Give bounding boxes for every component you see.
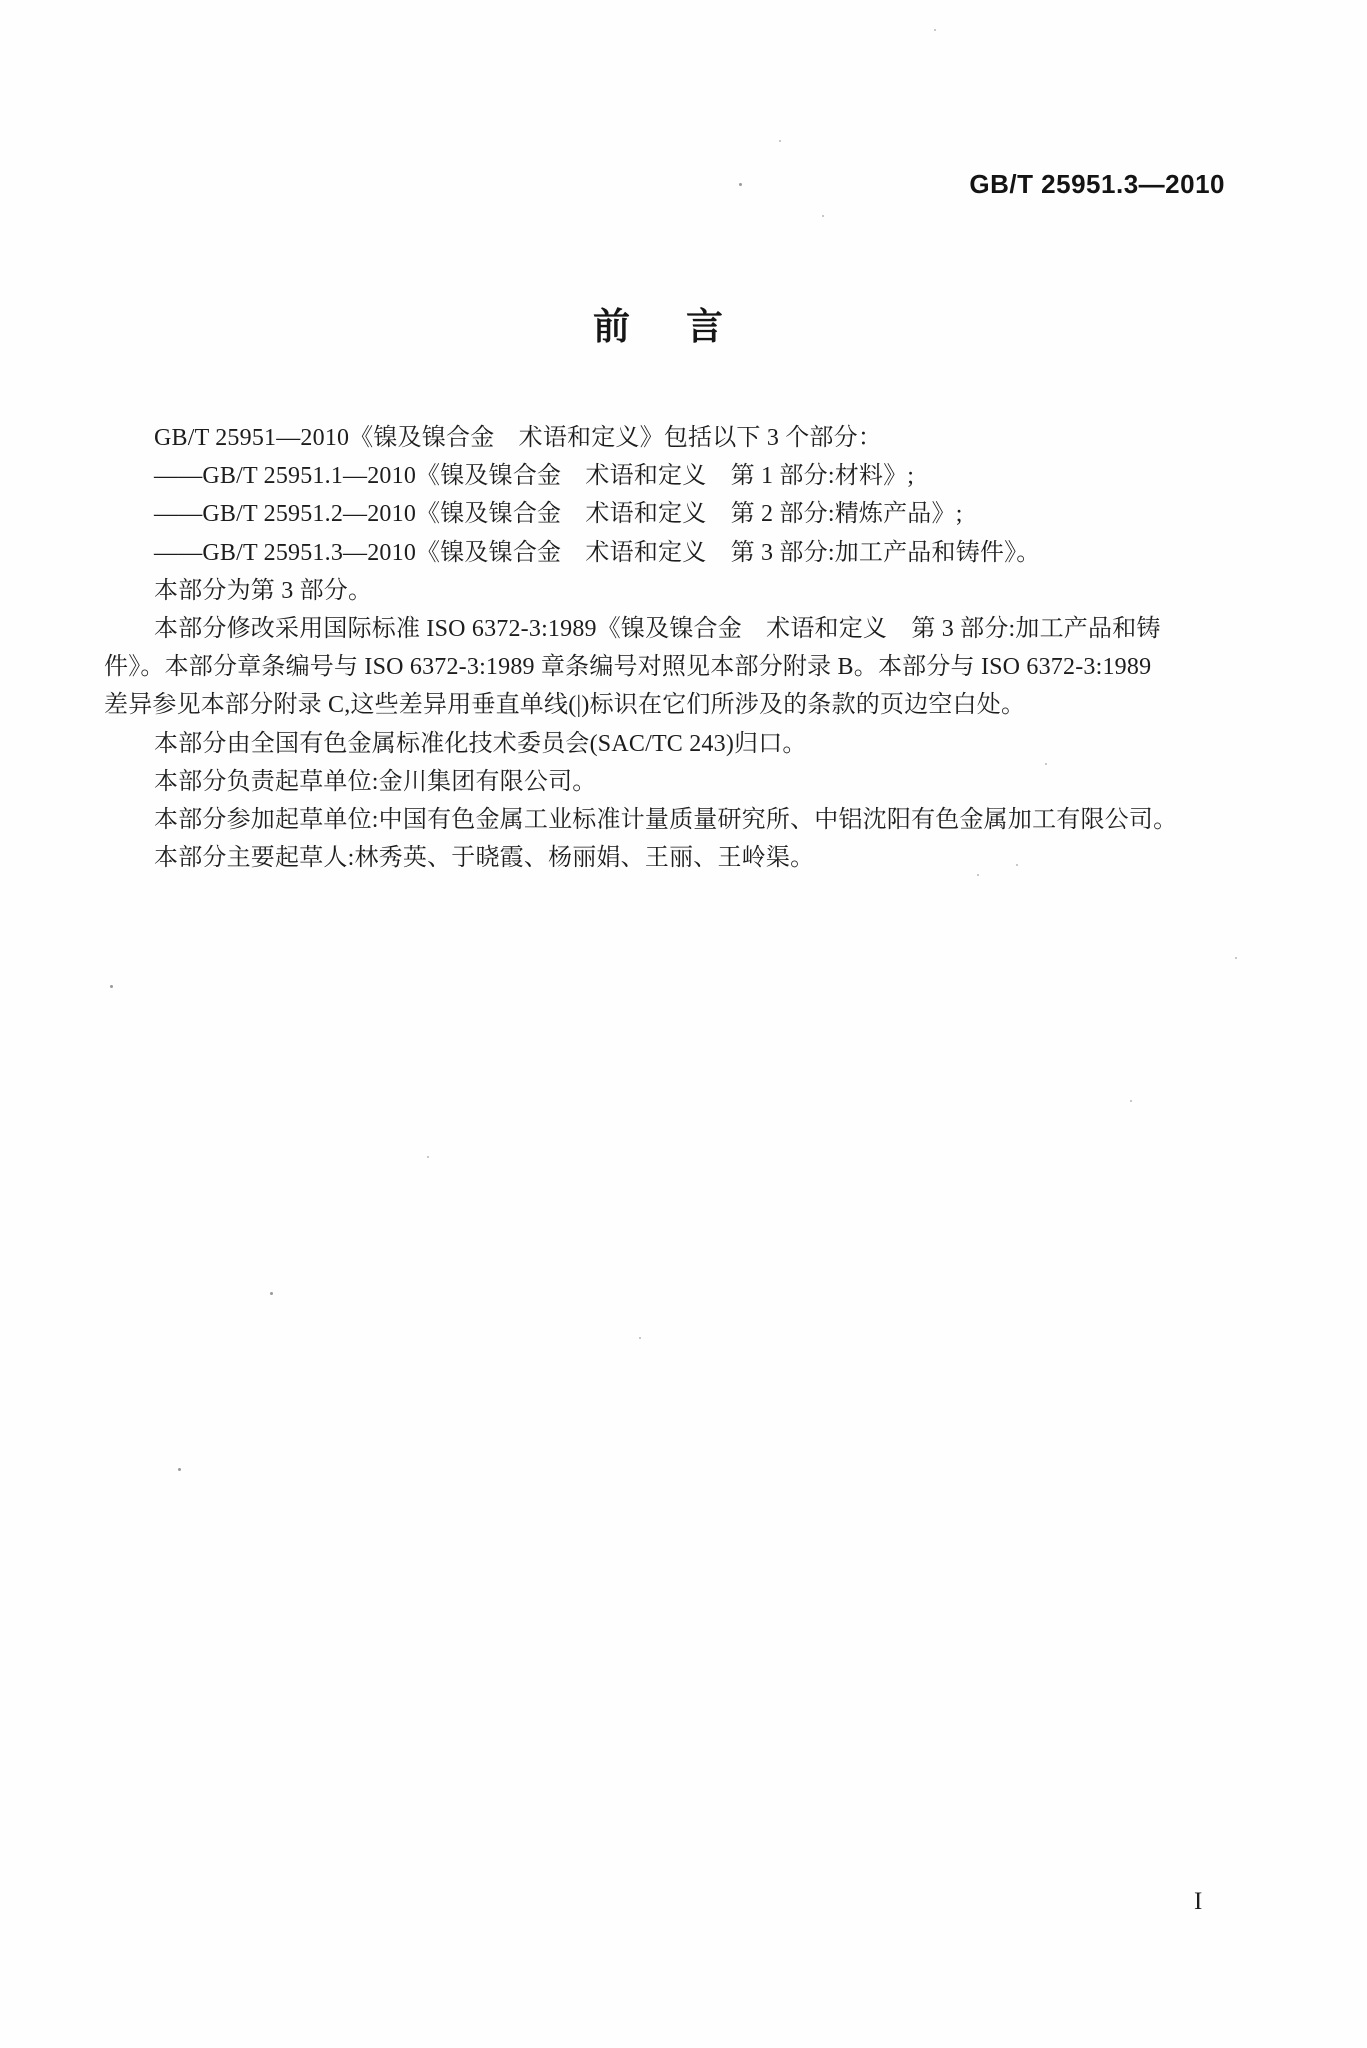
scan-speck <box>779 140 781 142</box>
foreword-line: 差异参见本部分附录 C,这些差异用垂直单线(|)标识在它们所涉及的条款的页边空白… <box>104 686 1252 724</box>
scan-speck <box>977 874 979 876</box>
foreword-line: 本部分负责起草单位:金川集团有限公司。 <box>104 763 1252 801</box>
foreword-body: GB/T 25951—2010《镍及镍合金 术语和定义》包括以下 3 个部分： … <box>104 419 1252 877</box>
foreword-line: 本部分由全国有色金属标准化技术委员会(SAC/TC 243)归口。 <box>104 725 1252 763</box>
scan-speck <box>639 1337 641 1339</box>
scan-speck <box>934 29 936 31</box>
foreword-title-char-1: 前 <box>593 296 630 350</box>
foreword-line: ——GB/T 25951.1—2010《镍及镍合金 术语和定义 第 1 部分:材… <box>104 457 1252 495</box>
foreword-line: ——GB/T 25951.3—2010《镍及镍合金 术语和定义 第 3 部分:加… <box>104 534 1252 572</box>
foreword-line: 本部分修改采用国际标准 ISO 6372-3:1989《镍及镍合金 术语和定义 … <box>104 610 1252 648</box>
foreword-line: GB/T 25951—2010《镍及镍合金 术语和定义》包括以下 3 个部分： <box>104 419 1252 457</box>
document-page: GB/T 25951.3—2010 前 言 GB/T 25951—2010《镍及… <box>0 0 1367 2048</box>
standard-code-header: GB/T 25951.3—2010 <box>969 169 1225 200</box>
scan-speck <box>1016 864 1018 866</box>
scan-speck <box>739 183 742 186</box>
scan-speck <box>178 1468 181 1471</box>
scan-speck <box>1235 957 1237 959</box>
foreword-line: 件》。本部分章条编号与 ISO 6372-3:1989 章条编号对照见本部分附录… <box>104 648 1252 686</box>
foreword-title-char-2: 言 <box>686 296 723 350</box>
foreword-line: 本部分为第 3 部分。 <box>104 572 1252 610</box>
scan-speck <box>1130 1100 1132 1102</box>
foreword-line: 本部分主要起草人:林秀英、于晓霞、杨丽娟、王丽、王岭渠。 <box>104 839 1252 877</box>
scan-speck <box>270 1292 273 1295</box>
foreword-line: 本部分参加起草单位:中国有色金属工业标准计量质量研究所、中铝沈阳有色金属加工有限… <box>104 801 1252 839</box>
foreword-title: 前 言 <box>0 296 1316 350</box>
foreword-line: ——GB/T 25951.2—2010《镍及镍合金 术语和定义 第 2 部分:精… <box>104 495 1252 533</box>
scan-speck <box>110 985 113 988</box>
scan-speck <box>1045 763 1047 765</box>
scan-speck <box>427 1156 429 1158</box>
scan-speck <box>822 215 824 217</box>
page-number: I <box>1194 1888 1202 1916</box>
